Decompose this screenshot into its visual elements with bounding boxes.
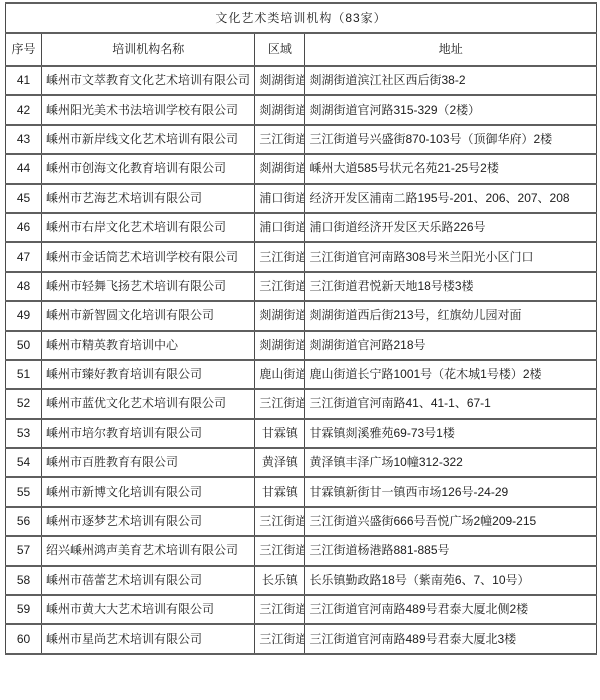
cell-index: 43 <box>6 125 42 154</box>
cell-address: 三江街道官河南路489号君泰大厦北3楼 <box>305 624 597 653</box>
table-row: 54嵊州市百胜教育有限公司黄泽镇黄泽镇丰泽广场10幢312-322 <box>6 448 597 477</box>
cell-name: 嵊州市培尔教育培训有限公司 <box>42 419 255 448</box>
table-row: 57绍兴嵊州鸿声美育艺术培训有限公司三江街道三江街道杨港路881-885号 <box>6 536 597 565</box>
cell-address: 经济开发区浦南二路195号-201、206、207、208 <box>305 184 597 213</box>
cell-name: 嵊州市文萃教育文化艺术培训有限公司 <box>42 66 255 95</box>
cell-name: 嵊州市创海文化教育培训有限公司 <box>42 154 255 183</box>
cell-name: 嵊州市黄大大艺术培训有限公司 <box>42 595 255 624</box>
column-header-address: 地址 <box>305 33 597 66</box>
cell-name: 嵊州市蓝优文化艺术培训有限公司 <box>42 389 255 418</box>
cell-index: 47 <box>6 242 42 271</box>
cell-address: 剡湖街道官河路218号 <box>305 331 597 360</box>
table-row: 48嵊州市轻舞飞扬艺术培训有限公司三江街道三江街道君悦新天地18号楼3楼 <box>6 272 597 301</box>
cell-address: 嵊州大道585号状元名苑21-25号2楼 <box>305 154 597 183</box>
cell-region: 三江街道 <box>255 389 305 418</box>
cell-region: 三江街道 <box>255 536 305 565</box>
cell-region: 剡湖街道 <box>255 95 305 124</box>
cell-name: 嵊州市精英教育培训中心 <box>42 331 255 360</box>
page: 文化艺术类培训机构（83家） 序号 培训机构名称 区域 地址 41嵊州市文萃教育… <box>0 0 600 700</box>
column-header-name: 培训机构名称 <box>42 33 255 66</box>
cell-name: 嵊州市右岸文化艺术培训有限公司 <box>42 213 255 242</box>
cell-name: 嵊州市逐梦艺术培训有限公司 <box>42 507 255 536</box>
cell-name: 嵊州市艺海艺术培训有限公司 <box>42 184 255 213</box>
cell-index: 58 <box>6 566 42 595</box>
cell-address: 剡湖街道官河路315-329（2楼） <box>305 95 597 124</box>
cell-index: 60 <box>6 624 42 653</box>
cell-region: 三江街道 <box>255 507 305 536</box>
cell-index: 46 <box>6 213 42 242</box>
table-row: 41嵊州市文萃教育文化艺术培训有限公司剡湖街道剡湖街道滨江社区西后街38-2 <box>6 66 597 95</box>
cell-index: 50 <box>6 331 42 360</box>
table-row: 56嵊州市逐梦艺术培训有限公司三江街道三江街道兴盛街666号吾悦广场2幢209-… <box>6 507 597 536</box>
cell-name: 嵊州市臻好教育培训有限公司 <box>42 360 255 389</box>
cell-region: 三江街道 <box>255 125 305 154</box>
cell-index: 54 <box>6 448 42 477</box>
table-row: 55嵊州市新博文化培训有限公司甘霖镇甘霖镇新街甘一镇西市场126号-24-29 <box>6 477 597 506</box>
cell-name: 嵊州市新智圆文化培训有限公司 <box>42 301 255 330</box>
table-row: 42嵊州阳光美术书法培训学校有限公司剡湖街道剡湖街道官河路315-329（2楼） <box>6 95 597 124</box>
cell-index: 49 <box>6 301 42 330</box>
cell-region: 浦口街道 <box>255 184 305 213</box>
cell-address: 三江街道号兴盛街870-103号（顶御华府）2楼 <box>305 125 597 154</box>
cell-index: 52 <box>6 389 42 418</box>
cell-address: 三江街道君悦新天地18号楼3楼 <box>305 272 597 301</box>
table-row: 59嵊州市黄大大艺术培训有限公司三江街道三江街道官河南路489号君泰大厦北侧2楼 <box>6 595 597 624</box>
cell-index: 51 <box>6 360 42 389</box>
cell-address: 剡湖街道滨江社区西后街38-2 <box>305 66 597 95</box>
table-row: 58嵊州市蓓蕾艺术培训有限公司长乐镇长乐镇勤政路18号（紫南苑6、7、10号） <box>6 566 597 595</box>
table-row: 49嵊州市新智圆文化培训有限公司剡湖街道剡湖街道西后街213号，红旗幼儿园对面 <box>6 301 597 330</box>
table-row: 50嵊州市精英教育培训中心剡湖街道剡湖街道官河路218号 <box>6 331 597 360</box>
cell-address: 三江街道兴盛街666号吾悦广场2幢209-215 <box>305 507 597 536</box>
cell-region: 浦口街道 <box>255 213 305 242</box>
cell-name: 嵊州市星尚艺术培训有限公司 <box>42 624 255 653</box>
column-header-index: 序号 <box>6 33 42 66</box>
cell-index: 53 <box>6 419 42 448</box>
cell-index: 59 <box>6 595 42 624</box>
institutions-table: 文化艺术类培训机构（83家） 序号 培训机构名称 区域 地址 41嵊州市文萃教育… <box>5 2 597 655</box>
cell-address: 鹿山街道长宁路1001号（花木城1号楼）2楼 <box>305 360 597 389</box>
cell-address: 三江街道官河南路308号米兰阳光小区门口 <box>305 242 597 271</box>
cell-address: 三江街道杨港路881-885号 <box>305 536 597 565</box>
cell-address: 长乐镇勤政路18号（紫南苑6、7、10号） <box>305 566 597 595</box>
cell-region: 甘霖镇 <box>255 477 305 506</box>
cell-region: 三江街道 <box>255 242 305 271</box>
cell-name: 嵊州市金话筒艺术培训学校有限公司 <box>42 242 255 271</box>
table-row: 43嵊州市新岸线文化艺术培训有限公司三江街道三江街道号兴盛街870-103号（顶… <box>6 125 597 154</box>
cell-address: 甘霖镇新街甘一镇西市场126号-24-29 <box>305 477 597 506</box>
table-row: 60嵊州市星尚艺术培训有限公司三江街道三江街道官河南路489号君泰大厦北3楼 <box>6 624 597 653</box>
cell-name: 绍兴嵊州鸿声美育艺术培训有限公司 <box>42 536 255 565</box>
cell-address: 浦口街道经济开发区天乐路226号 <box>305 213 597 242</box>
cell-index: 56 <box>6 507 42 536</box>
cell-region: 剡湖街道 <box>255 66 305 95</box>
table-row: 44嵊州市创海文化教育培训有限公司剡湖街道嵊州大道585号状元名苑21-25号2… <box>6 154 597 183</box>
table-row: 53嵊州市培尔教育培训有限公司甘霖镇甘霖镇剡溪雅苑69-73号1楼 <box>6 419 597 448</box>
cell-name: 嵊州阳光美术书法培训学校有限公司 <box>42 95 255 124</box>
cell-region: 剡湖街道 <box>255 301 305 330</box>
cell-name: 嵊州市新博文化培训有限公司 <box>42 477 255 506</box>
cell-address: 甘霖镇剡溪雅苑69-73号1楼 <box>305 419 597 448</box>
table-row: 46嵊州市右岸文化艺术培训有限公司浦口街道浦口街道经济开发区天乐路226号 <box>6 213 597 242</box>
cell-index: 42 <box>6 95 42 124</box>
cell-region: 鹿山街道 <box>255 360 305 389</box>
cell-name: 嵊州市新岸线文化艺术培训有限公司 <box>42 125 255 154</box>
cell-address: 三江街道官河南路41、41-1、67-1 <box>305 389 597 418</box>
column-header-region: 区域 <box>255 33 305 66</box>
cell-index: 57 <box>6 536 42 565</box>
cell-index: 45 <box>6 184 42 213</box>
cell-index: 55 <box>6 477 42 506</box>
cell-region: 剡湖街道 <box>255 154 305 183</box>
table-row: 47嵊州市金话筒艺术培训学校有限公司三江街道三江街道官河南路308号米兰阳光小区… <box>6 242 597 271</box>
cell-index: 48 <box>6 272 42 301</box>
cell-name: 嵊州市轻舞飞扬艺术培训有限公司 <box>42 272 255 301</box>
cell-address: 黄泽镇丰泽广场10幢312-322 <box>305 448 597 477</box>
table-row: 52嵊州市蓝优文化艺术培训有限公司三江街道三江街道官河南路41、41-1、67-… <box>6 389 597 418</box>
table-row: 51嵊州市臻好教育培训有限公司鹿山街道鹿山街道长宁路1001号（花木城1号楼）2… <box>6 360 597 389</box>
cell-address: 剡湖街道西后街213号，红旗幼儿园对面 <box>305 301 597 330</box>
cell-region: 三江街道 <box>255 624 305 653</box>
title-row: 文化艺术类培训机构（83家） <box>6 3 597 33</box>
cell-region: 黄泽镇 <box>255 448 305 477</box>
cell-name: 嵊州市蓓蕾艺术培训有限公司 <box>42 566 255 595</box>
page-title: 文化艺术类培训机构（83家） <box>6 3 597 33</box>
cell-index: 44 <box>6 154 42 183</box>
cell-region: 三江街道 <box>255 595 305 624</box>
cell-index: 41 <box>6 66 42 95</box>
cell-region: 甘霖镇 <box>255 419 305 448</box>
table-row: 45嵊州市艺海艺术培训有限公司浦口街道经济开发区浦南二路195号-201、206… <box>6 184 597 213</box>
table-header-row: 序号 培训机构名称 区域 地址 <box>6 33 597 66</box>
cell-address: 三江街道官河南路489号君泰大厦北侧2楼 <box>305 595 597 624</box>
cell-region: 长乐镇 <box>255 566 305 595</box>
cell-region: 剡湖街道 <box>255 331 305 360</box>
cell-name: 嵊州市百胜教育有限公司 <box>42 448 255 477</box>
cell-region: 三江街道 <box>255 272 305 301</box>
